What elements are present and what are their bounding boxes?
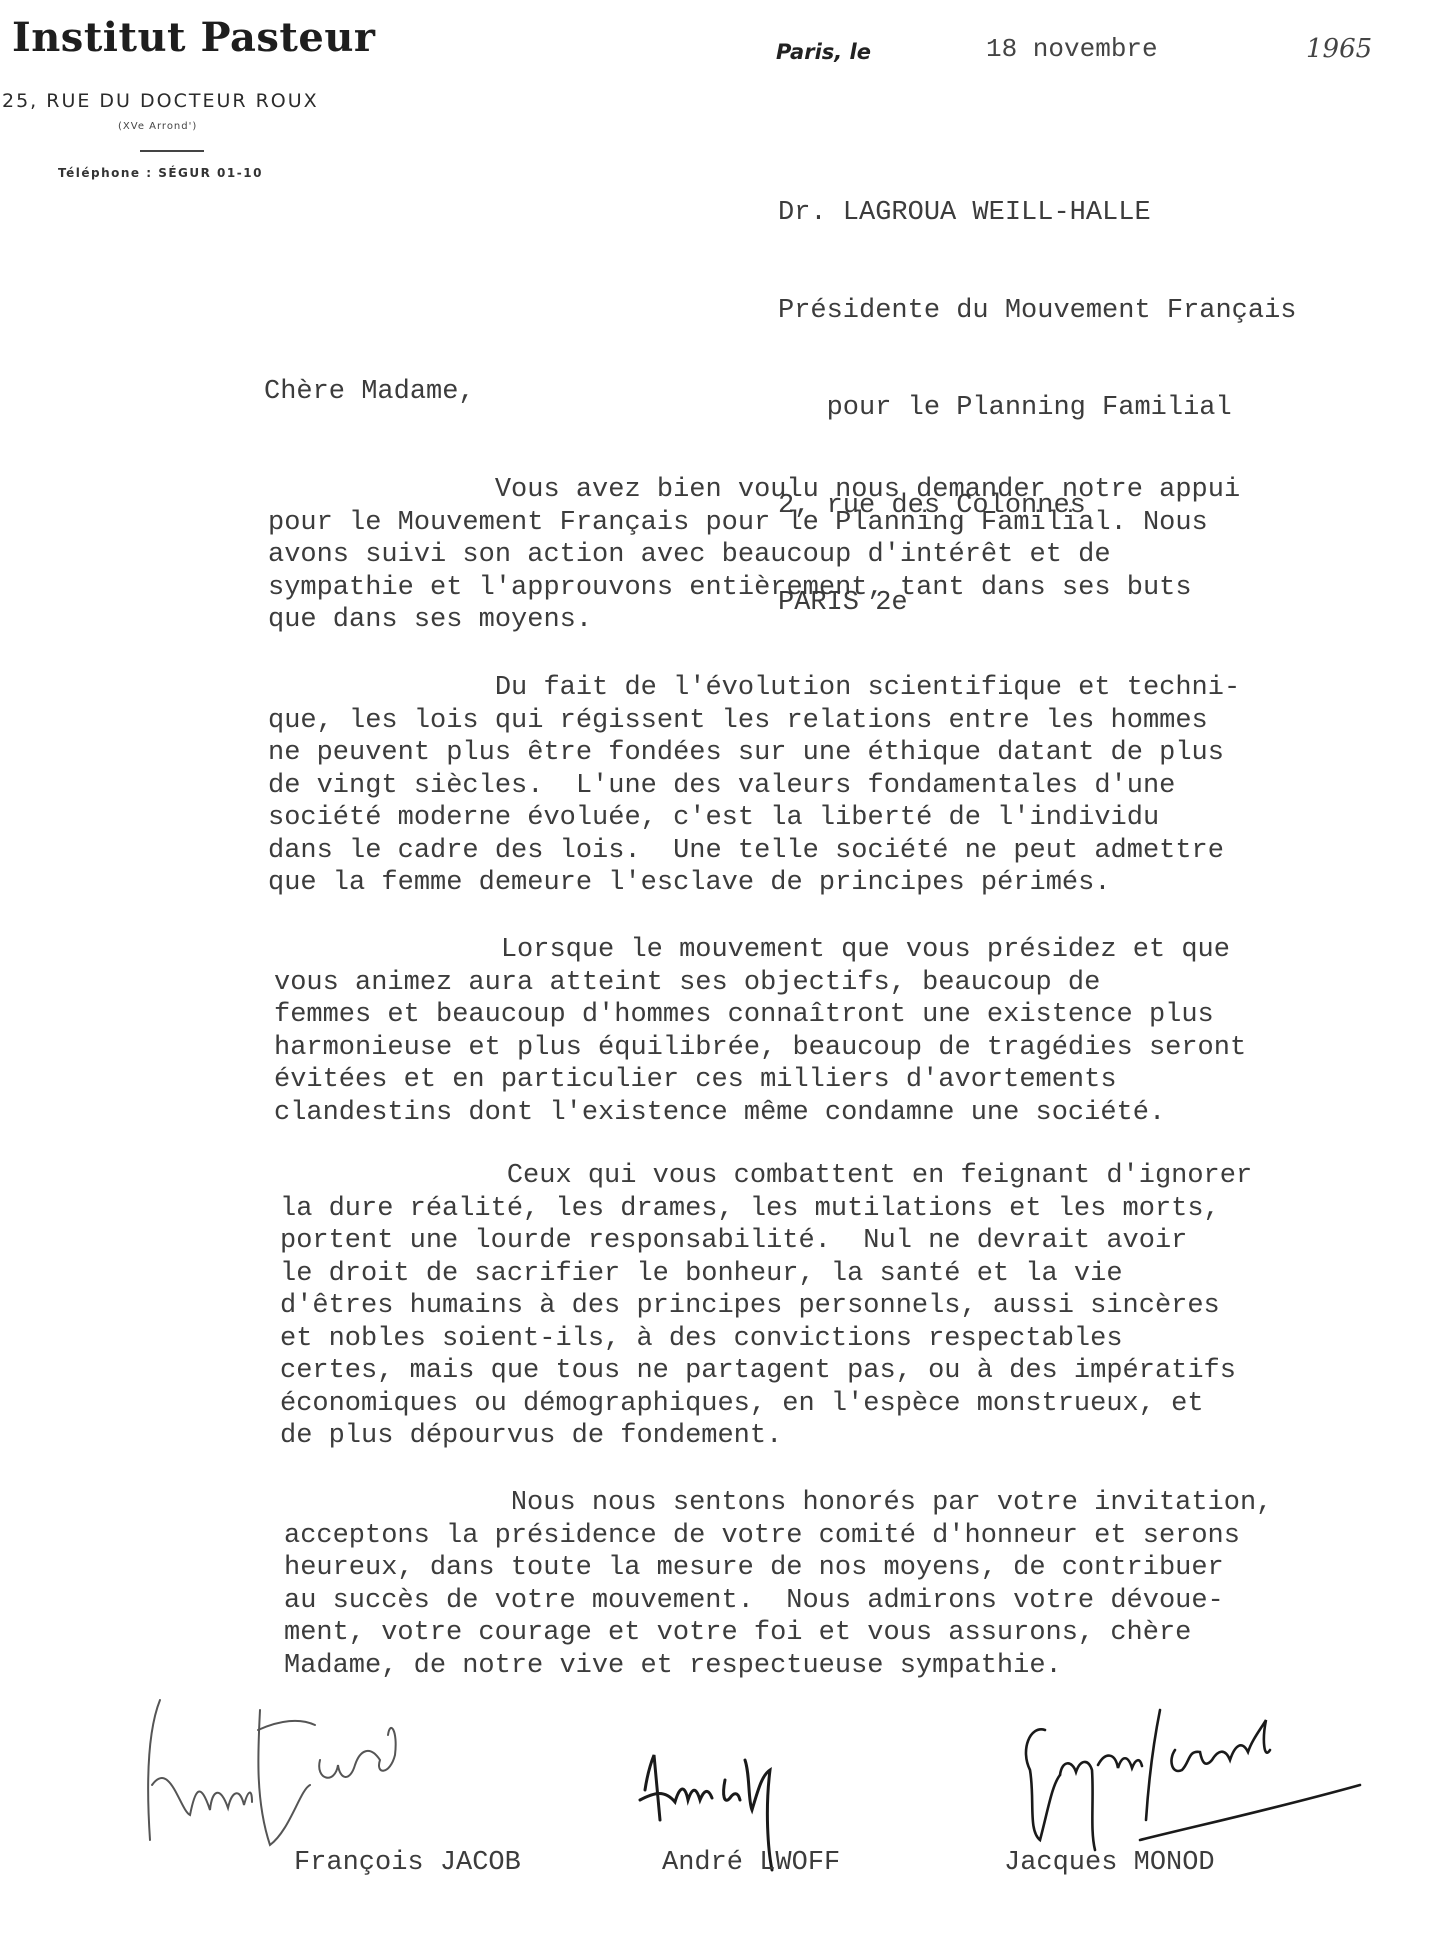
addressee-line: pour le Planning Familial <box>778 392 1296 425</box>
letterhead-divider <box>140 150 204 152</box>
paragraph: Du fait de l'évolution scientifique et t… <box>268 672 1240 900</box>
institution-street: 25, RUE DU DOCTEUR ROUX <box>2 90 319 112</box>
paragraph: Nous nous sentons honorés par votre invi… <box>284 1487 1272 1682</box>
signatory-name: André LWOFF <box>662 1848 840 1878</box>
institution-name: Institut Pasteur <box>12 14 375 61</box>
paragraph: Ceux qui vous combattent en feignant d'i… <box>280 1160 1252 1453</box>
date-day-month: 18 novembre <box>986 34 1158 64</box>
institution-arrondissement: (XVe Arrond') <box>118 121 197 132</box>
signatory-name: Jacques MONOD <box>1004 1848 1215 1878</box>
signature-jacob <box>140 1690 470 1855</box>
date-year: 1965 <box>1306 34 1372 64</box>
institution-phone: Téléphone : SÉGUR 01-10 <box>58 166 263 180</box>
paragraph: Lorsque le mouvement que vous présidez e… <box>274 934 1246 1129</box>
paragraph: Vous avez bien voulu nous demander notre… <box>268 474 1240 637</box>
date-place: Paris, le <box>776 40 871 64</box>
salutation: Chère Madame, <box>264 376 475 409</box>
addressee-line: Dr. LAGROUA WEILL-HALLE <box>778 197 1296 230</box>
signatory-name: François JACOB <box>294 1848 521 1878</box>
addressee-line: Présidente du Mouvement Français <box>778 295 1296 328</box>
